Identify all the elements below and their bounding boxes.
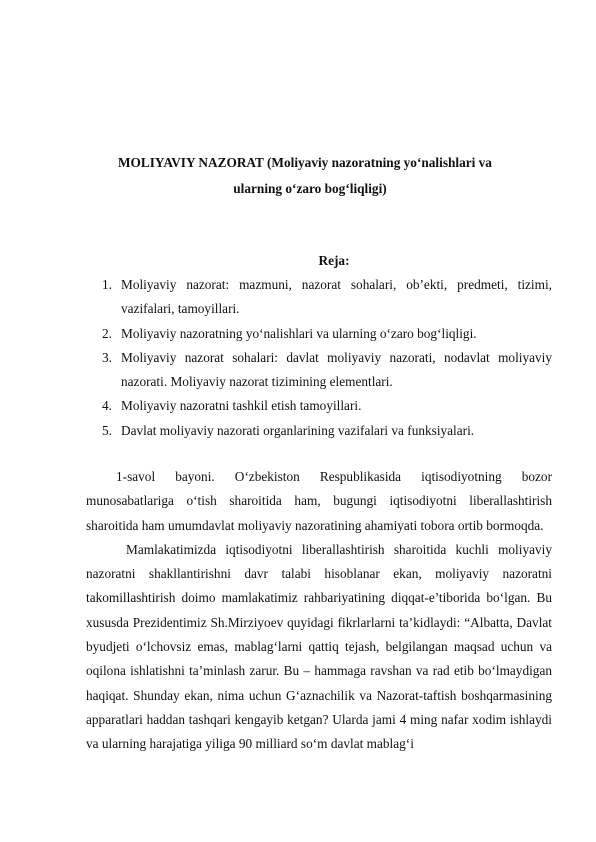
document-title: MOLIYAVIY NAZORAT (Moliyaviy nazoratning… bbox=[100, 150, 560, 202]
plan-heading: Reja: bbox=[86, 251, 552, 271]
plan-item: 3. Moliyaviy nazorat sohalari: davlat mo… bbox=[102, 346, 552, 395]
plan-item-number: 1. bbox=[102, 273, 112, 297]
plan-item-text: Moliyaviy nazorat: mazmuni, nazorat soha… bbox=[121, 277, 552, 316]
plan-item: 5. Davlat moliyaviy nazorati organlarini… bbox=[102, 419, 552, 443]
plan-item-text: Moliyaviy nazorat sohalari: davlat moliy… bbox=[121, 350, 552, 389]
plan-item-number: 3. bbox=[102, 346, 112, 370]
plan-item-text: Moliyaviy nazoratning yo‘nalishlari va u… bbox=[121, 326, 477, 341]
plan-item: 1. Moliyaviy nazorat: mazmuni, nazorat s… bbox=[102, 273, 552, 322]
body-text: 1-savol bayoni. O‘zbekiston Respublikasi… bbox=[86, 465, 552, 757]
plan-item-number: 5. bbox=[102, 419, 112, 443]
plan-item-number: 2. bbox=[102, 322, 112, 346]
plan-item-number: 4. bbox=[102, 394, 112, 418]
document-page: MOLIYAVIY NAZORAT (Moliyaviy nazoratning… bbox=[0, 0, 596, 842]
title-line-1: MOLIYAVIY NAZORAT (Moliyaviy nazoratning… bbox=[100, 150, 560, 176]
plan-list: 1. Moliyaviy nazorat: mazmuni, nazorat s… bbox=[102, 273, 552, 443]
plan-item: 4. Moliyaviy nazoratni tashkil etish tam… bbox=[102, 394, 552, 418]
plan-item-text: Davlat moliyaviy nazorati organlarining … bbox=[121, 423, 474, 438]
title-line-2: ularning o‘zaro bog‘liqligi) bbox=[100, 176, 560, 202]
paragraph: 1-savol bayoni. O‘zbekiston Respublikasi… bbox=[86, 465, 552, 538]
plan-item: 2. Moliyaviy nazoratning yo‘nalishlari v… bbox=[102, 322, 552, 346]
paragraph: Mamlakatimizda iqtisodiyotni liberallash… bbox=[86, 538, 552, 757]
plan-item-text: Moliyaviy nazoratni tashkil etish tamoyi… bbox=[121, 398, 361, 413]
